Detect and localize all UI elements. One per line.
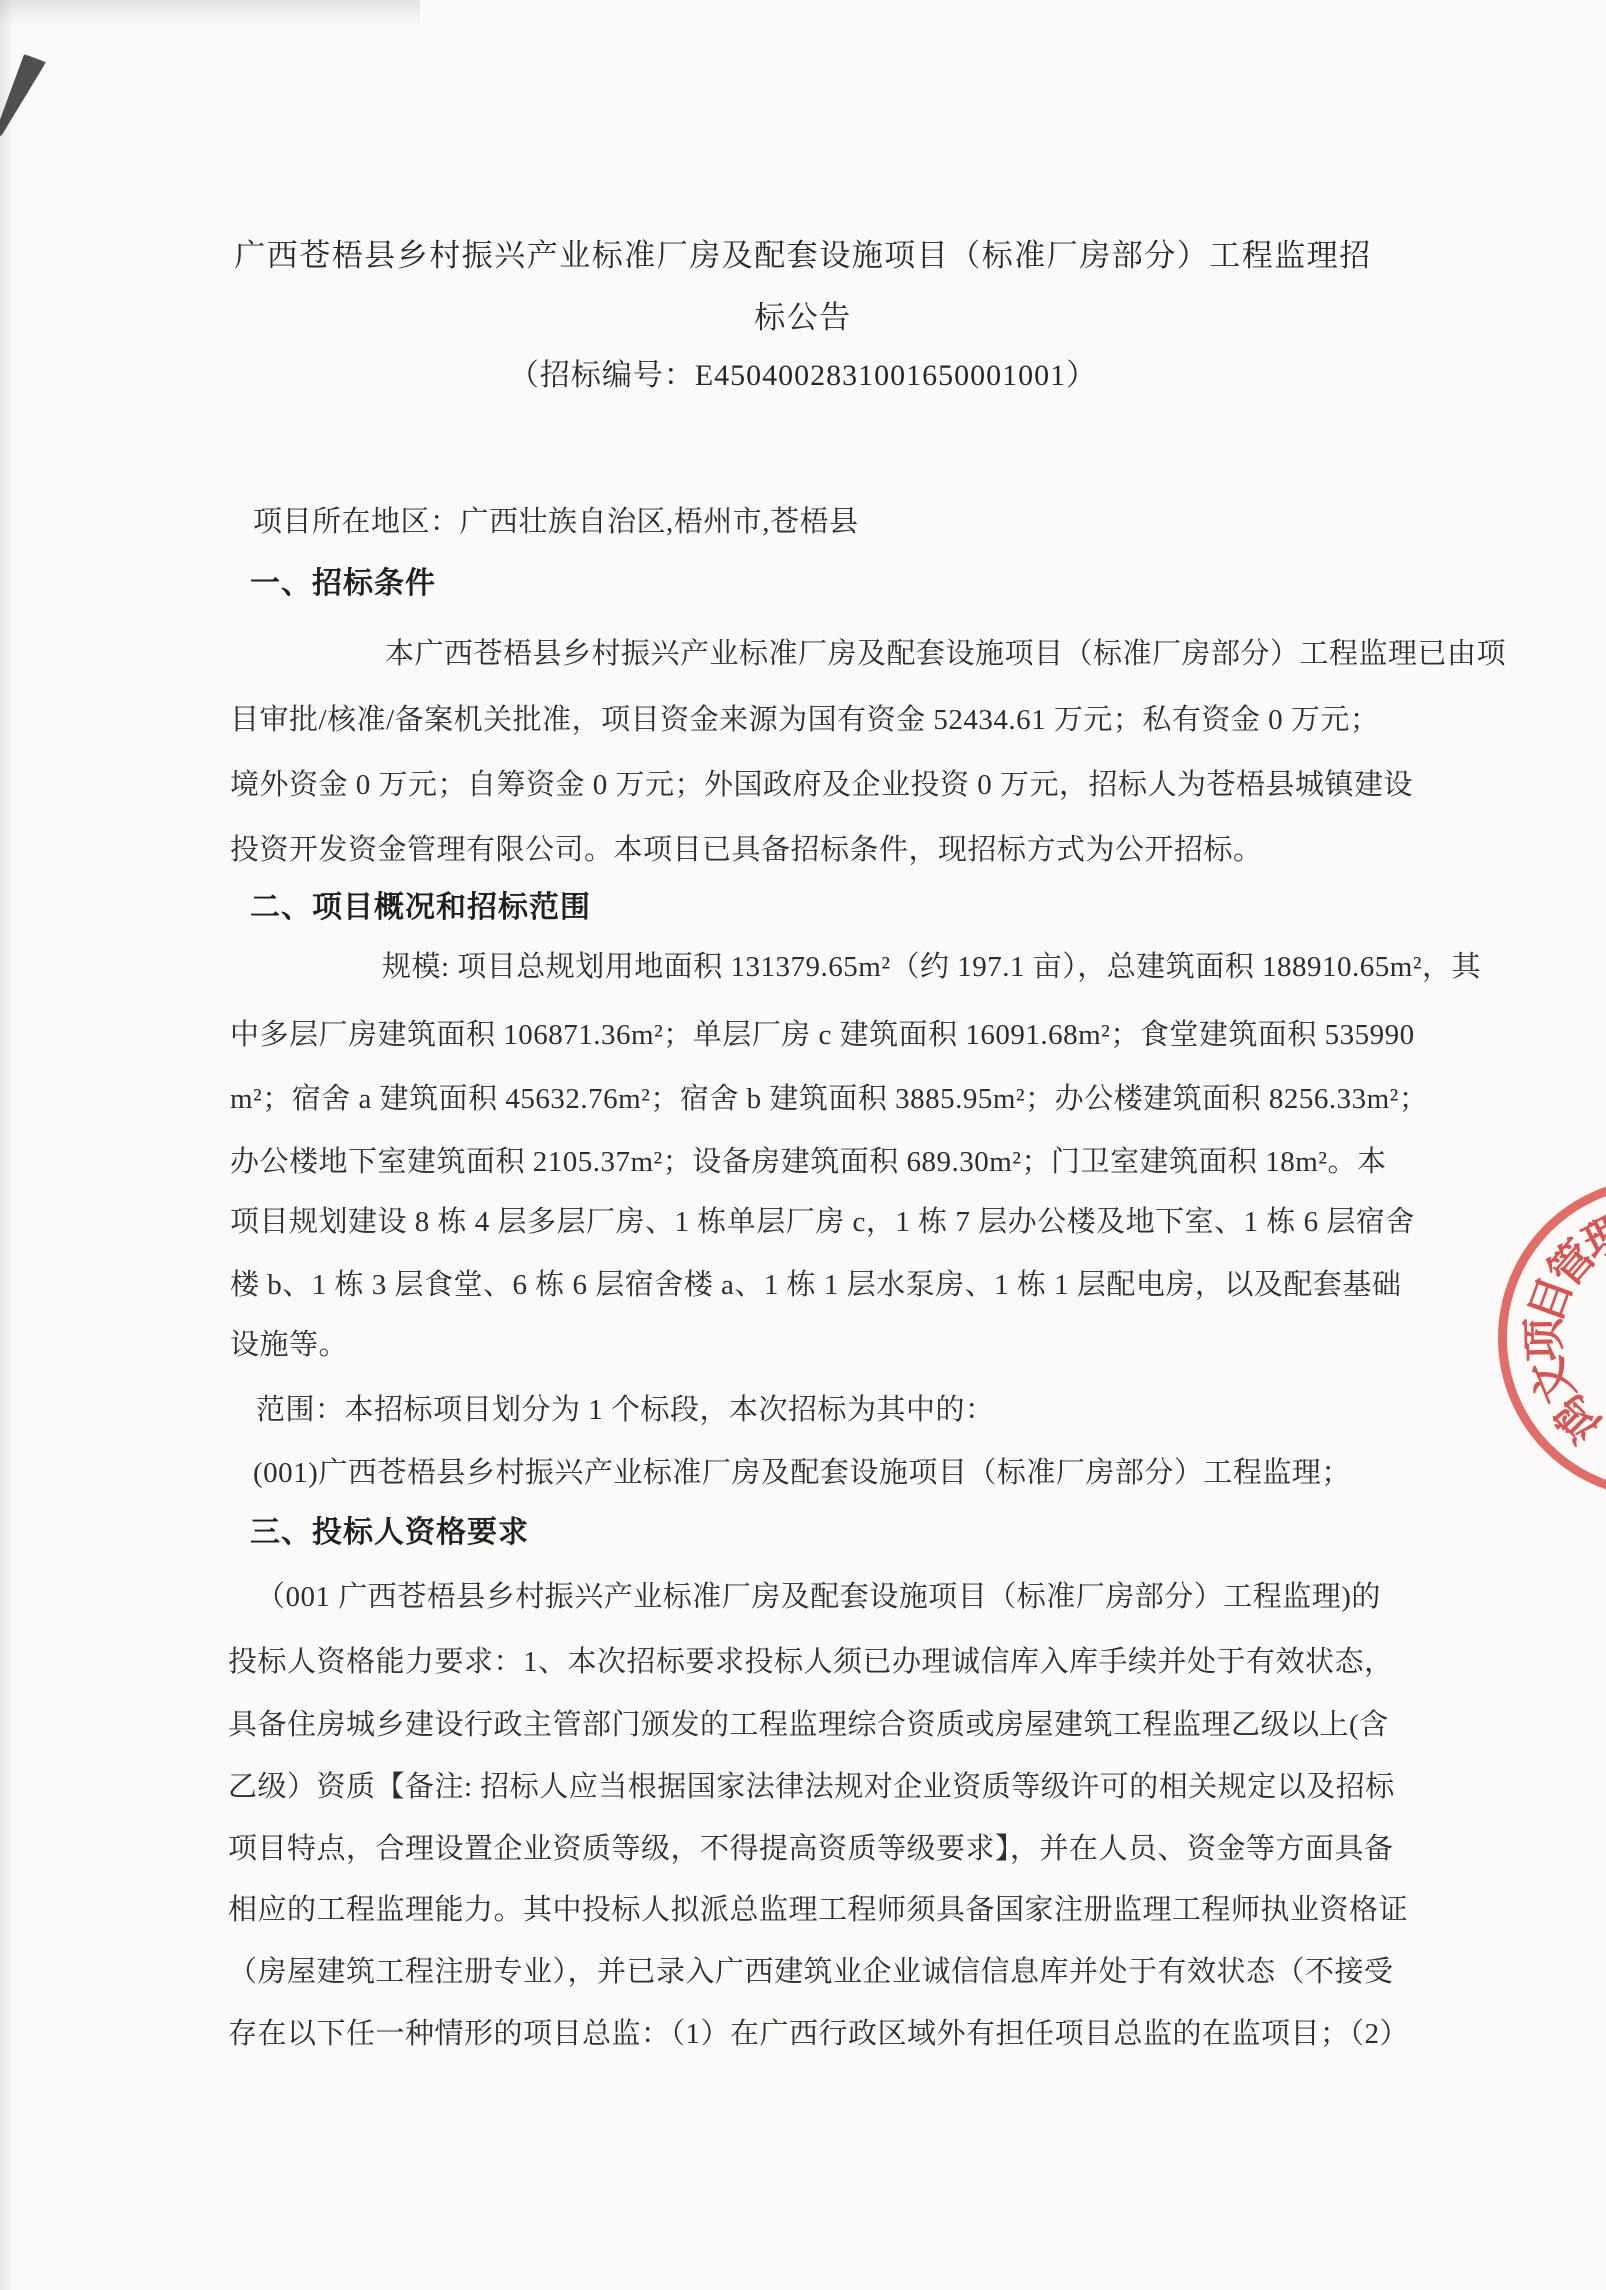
section3-line: （001 广西苍梧县乡村振兴产业标准厂房及配套设施项目（标准厂房部分）工程监理)…	[256, 1580, 1381, 1615]
section2-scale-line: m²；宿舍 a 建筑面积 45632.76m²；宿舍 b 建筑面积 3885.9…	[230, 1082, 1428, 1117]
section3-line: （房屋建筑工程注册专业），并已录入广西建筑业企业诚信信息库并处于有效状态（不接受	[228, 1955, 1394, 1990]
section3-line: 具备住房城乡建设行政主管部门颁发的工程监理综合资质或房屋建筑工程监理乙级以上(含	[228, 1708, 1389, 1743]
section2-scale-line: 项目规划建设 8 栋 4 层多层厂房、1 栋单层厂房 c，1 栋 7 层办公楼及…	[230, 1205, 1415, 1240]
section3-line: 相应的工程监理能力。其中投标人拟派总监理工程师须具备国家注册监理工程师执业资格证	[228, 1893, 1408, 1928]
bid-number: （招标编号：E4504002831001650001001）	[0, 358, 1606, 394]
section1-heading: 一、招标条件	[250, 566, 436, 602]
section2-lot-line: (001)广西苍梧县乡村振兴产业标准厂房及配套设施项目（标准厂房部分）工程监理；	[253, 1456, 1351, 1491]
section3-line: 存在以下任一种情形的项目总监：（1）在广西行政区域外有担任项目总监的在监项目；（…	[228, 2017, 1409, 2052]
section2-scale-line: 规模: 项目总规划用地面积 131379.65m²（约 197.1 亩），总建筑…	[382, 950, 1481, 985]
scan-shadow-top	[0, 0, 420, 26]
scan-shadow-left	[0, 0, 14, 2290]
section2-scale-line: 楼 b、1 栋 3 层食堂、6 栋 6 层宿舍楼 a、1 栋 1 层水泵房、1 …	[230, 1268, 1401, 1303]
section2-scale-line: 中多层厂房建筑面积 106871.36m²；单层厂房 c 建筑面积 16091.…	[230, 1018, 1415, 1053]
section3-heading: 三、投标人资格要求	[250, 1515, 529, 1551]
section3-line: 项目特点，合理设置企业资质等级，不得提高资质等级要求】，并在人员、资金等方面具备	[228, 1832, 1394, 1867]
section3-line: 投标人资格能力要求：1、本次招标要求投标人须已办理诚信库入库手续并处于有效状态，	[228, 1645, 1394, 1680]
section2-scope-line: 范围：本招标项目划分为 1 个标段，本次招标为其中的：	[256, 1393, 995, 1428]
section2-scale-line: 设施等。	[230, 1328, 348, 1363]
section2-scale-line: 办公楼地下室建筑面积 2105.37m²；设备房建筑面积 689.30m²；门卫…	[230, 1145, 1387, 1180]
document-title-line1: 广西苍梧县乡村振兴产业标准厂房及配套设施项目（标准厂房部分）工程监理招	[0, 237, 1606, 274]
document-title-line2: 标公告	[0, 299, 1606, 336]
section1-line: 本广西苍梧县乡村振兴产业标准厂房及配套设施项目（标准厂房部分）工程监理已由项	[385, 637, 1506, 672]
scanned-document-page: 广西苍梧县乡村振兴产业标准厂房及配套设施项目（标准厂房部分）工程监理招 标公告 …	[0, 0, 1606, 2290]
project-location: 项目所在地区：广西壮族自治区,梧州市,苍梧县	[253, 505, 859, 540]
section1-line: 投资开发资金管理有限公司。本项目已具备招标条件，现招标方式为公开招标。	[230, 833, 1263, 868]
section2-heading: 二、项目概况和招标范围	[250, 890, 591, 926]
section1-line: 目审批/核准/备案机关批准，项目资金来源为国有资金 52434.61 万元；私有…	[230, 703, 1379, 738]
section3-line: 乙级）资质【备注: 招标人应当根据国家法律法规对企业资质等级许可的相关规定以及招…	[228, 1770, 1395, 1805]
section1-line: 境外资金 0 万元；自筹资金 0 万元；外国政府及企业投资 0 万元，招标人为苍…	[230, 768, 1413, 803]
